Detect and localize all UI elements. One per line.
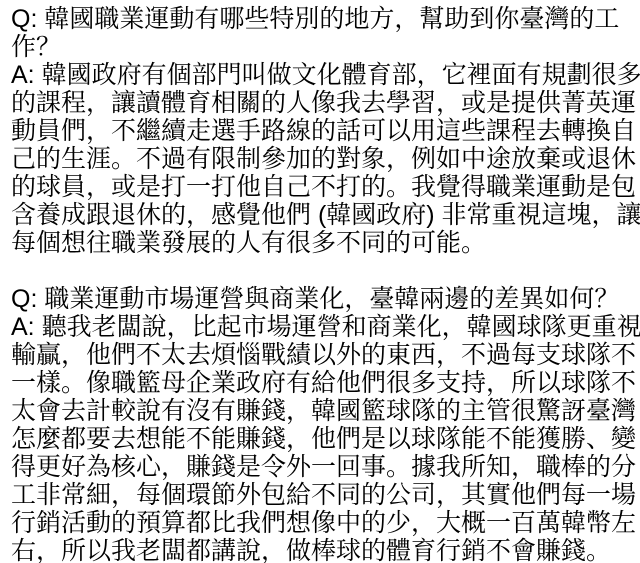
text-line: 怎麼都要去想能不能賺錢，他們是以球隊能不能獲勝、變	[11, 425, 632, 453]
text-line: Q: 韓國職業運動有哪些特別的地方，幫助到你臺灣的工	[11, 5, 632, 33]
qa-block-1: Q: 韓國職業運動有哪些特別的地方，幫助到你臺灣的工作？A: 韓國政府有個部門叫…	[11, 5, 632, 257]
text-line: 己的生涯。不過有限制參加的對象，例如中途放棄或退休	[11, 145, 632, 173]
qa-block-2: Q: 職業運動市場運營與商業化，臺韓兩邊的差異如何？A: 聽我老闆說，比起市場運…	[11, 285, 632, 563]
text-line: 的球員，或是打一打他自己不打的。我覺得職業運動是包	[11, 173, 632, 201]
text-line: A: 韓國政府有個部門叫做文化體育部，它裡面有規劃很多	[11, 61, 632, 89]
text-line: 輸贏，他們不太去煩惱戰績以外的東西，不過每支球隊不	[11, 341, 632, 369]
text-line: 一樣。像職籃母企業政府有給他們很多支持，所以球隊不	[11, 369, 632, 397]
text-line: 得更好為核心，賺錢是令外一回事。據我所知，職棒的分	[11, 453, 632, 481]
text-line: 行銷活動的預算都比我們想像中的少，大概一百萬韓幣左	[11, 509, 632, 537]
text-line: Q: 職業運動市場運營與商業化，臺韓兩邊的差異如何？	[11, 285, 632, 313]
text-line: 太會去計較說有沒有賺錢，韓國籃球隊的主管很驚訝臺灣	[11, 397, 632, 425]
text-line: A: 聽我老闆說，比起市場運營和商業化，韓國球隊更重視	[11, 313, 632, 341]
text-line: 的課程，讓讀體育相關的人像我去學習，或是提供菁英運	[11, 89, 632, 117]
text-line: 每個想往職業發展的人有很多不同的可能。	[11, 229, 632, 257]
text-line: 含養成跟退休的，感覺他們 (韓國政府) 非常重視這塊，讓	[11, 201, 632, 229]
text-line: 動員們，不繼續走選手路線的話可以用這些課程去轉換自	[11, 117, 632, 145]
qa-document: Q: 韓國職業運動有哪些特別的地方，幫助到你臺灣的工作？A: 韓國政府有個部門叫…	[0, 0, 640, 563]
text-line: 工非常細，每個環節外包給不同的公司，其實他們每一場	[11, 481, 632, 509]
text-line: 作？	[11, 33, 632, 61]
text-line: 右，所以我老闆都講說，做棒球的體育行銷不會賺錢。	[11, 537, 632, 563]
